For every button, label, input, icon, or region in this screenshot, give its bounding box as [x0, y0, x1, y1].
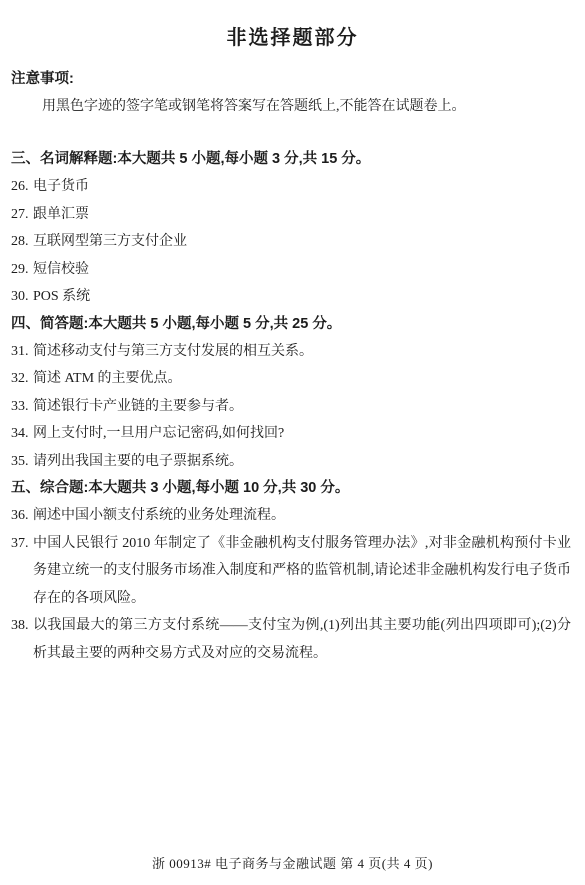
item-number: 31. [11, 338, 29, 366]
item-number: 34. [11, 420, 29, 448]
exam-page: 非选择题部分 注意事项: 用黑色字迹的签字笔或钢笔将答案写在答题纸上,不能答在试… [0, 0, 585, 885]
exam-item: 29.短信校验 [11, 256, 571, 284]
item-number: 33. [11, 393, 29, 421]
item-text: 跟单汇票 [33, 207, 89, 222]
item-number: 38. [11, 612, 29, 640]
exam-item: 37.中国人民银行 2010 年制定了《非金融机构支付服务管理办法》,对非金融机… [11, 530, 571, 613]
item-text: 短信校验 [33, 262, 89, 277]
exam-item: 27.跟单汇票 [11, 201, 571, 229]
item-number: 36. [11, 502, 29, 530]
exam-item: 30.POS 系统 [11, 283, 571, 311]
item-number: 29. [11, 256, 29, 284]
item-number: 28. [11, 228, 29, 256]
item-number: 26. [11, 173, 29, 201]
exam-item: 34.网上支付时,一旦用户忘记密码,如何找回? [11, 420, 571, 448]
item-text: POS 系统 [33, 289, 90, 304]
item-number: 30. [11, 283, 29, 311]
item-text: 阐述中国小额支付系统的业务处理流程。 [33, 508, 285, 523]
item-text: 中国人民银行 2010 年制定了《非金融机构支付服务管理办法》,对非金融机构预付… [33, 536, 571, 606]
exam-item: 26.电子货币 [11, 173, 571, 201]
item-text: 简述银行卡产业链的主要参与者。 [33, 399, 243, 414]
notice-heading: 注意事项: [11, 67, 585, 88]
section-heading: 三、名词解释题:本大题共 5 小题,每小题 3 分,共 15 分。 [11, 146, 571, 173]
exam-item: 31.简述移动支付与第三方支付发展的相互关系。 [11, 338, 571, 366]
item-text: 互联网型第三方支付企业 [33, 234, 187, 249]
exam-item: 32.简述 ATM 的主要优点。 [11, 365, 571, 393]
page-title: 非选择题部分 [0, 0, 585, 50]
exam-item: 28.互联网型第三方支付企业 [11, 228, 571, 256]
item-text: 以我国最大的第三方支付系统——支付宝为例,(1)列出其主要功能(列出四项即可);… [33, 618, 571, 661]
exam-item: 33.简述银行卡产业链的主要参与者。 [11, 393, 571, 421]
section-heading: 四、简答题:本大题共 5 小题,每小题 5 分,共 25 分。 [11, 311, 571, 338]
item-text: 简述移动支付与第三方支付发展的相互关系。 [33, 344, 313, 359]
item-number: 27. [11, 201, 29, 229]
item-number: 35. [11, 448, 29, 476]
notice-text: 用黑色字迹的签字笔或钢笔将答案写在答题纸上,不能答在试题卷上。 [42, 97, 571, 117]
exam-item: 36.阐述中国小额支付系统的业务处理流程。 [11, 502, 571, 530]
item-text: 电子货币 [33, 179, 89, 194]
exam-item: 38.以我国最大的第三方支付系统——支付宝为例,(1)列出其主要功能(列出四项即… [11, 612, 571, 667]
item-text: 网上支付时,一旦用户忘记密码,如何找回? [33, 426, 284, 441]
page-footer: 浙 00913# 电子商务与金融试题 第 4 页(共 4 页) [0, 853, 585, 872]
section-heading: 五、综合题:本大题共 3 小题,每小题 10 分,共 30 分。 [11, 475, 571, 502]
exam-item: 35.请列出我国主要的电子票据系统。 [11, 448, 571, 476]
item-number: 37. [11, 530, 29, 558]
item-text: 请列出我国主要的电子票据系统。 [33, 454, 243, 469]
item-number: 32. [11, 365, 29, 393]
item-text: 简述 ATM 的主要优点。 [33, 371, 182, 386]
sections: 三、名词解释题:本大题共 5 小题,每小题 3 分,共 15 分。26.电子货币… [11, 146, 571, 667]
